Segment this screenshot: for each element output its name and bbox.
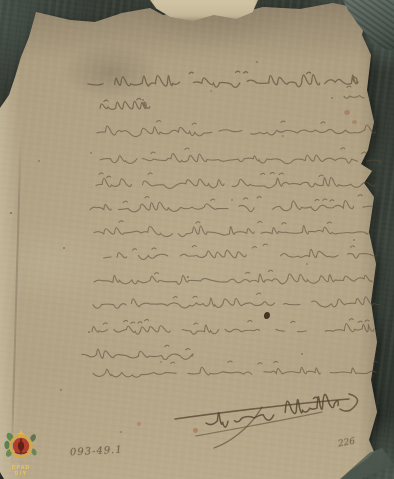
stain-spot bbox=[137, 422, 141, 426]
logo-text-line2: DIY bbox=[15, 471, 28, 476]
scanned-manuscript-page: DPAD DIY 093-49.1 226 bbox=[0, 0, 394, 479]
stain-spot bbox=[193, 428, 198, 433]
stain-spot bbox=[352, 120, 357, 124]
stain-spot bbox=[344, 110, 350, 115]
logo-emblem-icon bbox=[11, 430, 32, 457]
paper-shadow-wrap bbox=[0, 0, 394, 479]
manuscript-paper bbox=[0, 0, 394, 479]
watermark-logo: DPAD DIY bbox=[2, 423, 42, 476]
foxing-specks bbox=[0, 0, 2, 2]
